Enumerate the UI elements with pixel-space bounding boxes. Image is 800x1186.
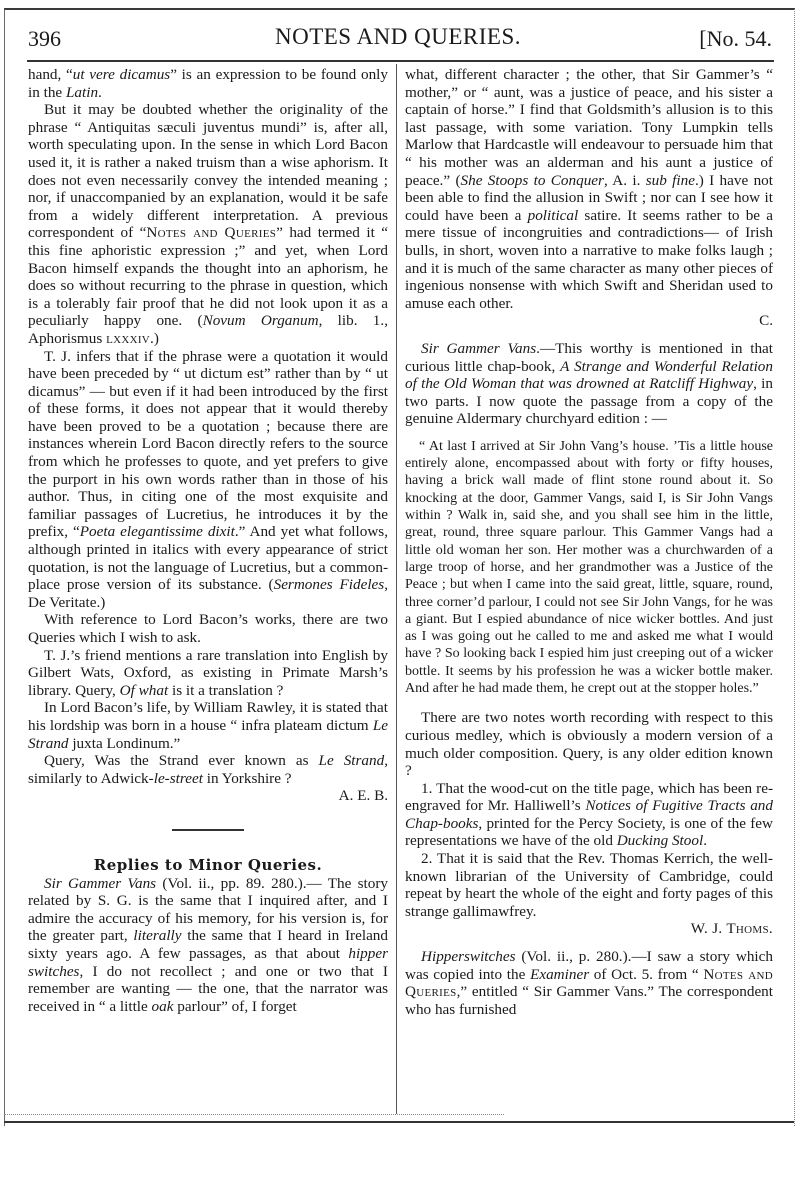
issue-number: [No. 54. <box>699 26 772 52</box>
spacer <box>405 697 773 709</box>
left-column: hand, “ut vere dicamus” is an expression… <box>28 66 388 1015</box>
section-heading: Replies to Minor Queries. <box>28 857 388 875</box>
paragraph: hand, “ut vere dicamus” is an expression… <box>28 66 388 101</box>
frame-bottom-rule <box>4 1121 794 1123</box>
paragraph: In Lord Bacon’s life, by William Rawley,… <box>28 699 388 752</box>
frame-bottom-rule-dotted <box>4 1114 504 1115</box>
paragraph: 2. That it is said that the Rev. Thomas … <box>405 850 773 920</box>
page-title: NOTES AND QUERIES. <box>24 24 772 50</box>
paragraph: T. J.’s friend mentions a rare translati… <box>28 647 388 700</box>
signature: C. <box>405 312 773 330</box>
section-divider <box>172 829 244 831</box>
spacer <box>405 938 773 948</box>
paragraph: But it may be doubted whether the origin… <box>28 101 388 347</box>
paragraph: Sir Gammer Vans.—This worthy is mentione… <box>405 340 773 428</box>
header-rule <box>27 60 774 62</box>
spacer <box>405 428 773 438</box>
paragraph: Sir Gammer Vans (Vol. ii., pp. 89. 280.)… <box>28 875 388 1016</box>
signature: A. E. B. <box>28 787 388 805</box>
right-column: what, different character ; the other, t… <box>405 66 773 1018</box>
column-divider <box>396 64 397 1114</box>
running-header: 396 NOTES AND QUERIES. [No. 54. <box>24 20 772 56</box>
paragraph: what, different character ; the other, t… <box>405 66 773 312</box>
paragraph: Hipperswitches (Vol. ii., p. 280.).—I sa… <box>405 948 773 1018</box>
paragraph: Query, Was the Strand ever known as Le S… <box>28 752 388 787</box>
paragraph: There are two notes worth recording with… <box>405 709 773 779</box>
paragraph: With reference to Lord Bacon’s works, th… <box>28 611 388 646</box>
signature: W. J. Thoms. <box>405 920 773 938</box>
quote-text: “ At last I arrived at Sir John Vang’s h… <box>405 438 773 697</box>
block-quote: “ At last I arrived at Sir John Vang’s h… <box>405 438 773 697</box>
spacer <box>405 330 773 340</box>
paragraph: 1. That the wood-cut on the title page, … <box>405 780 773 850</box>
paragraph: T. J. infers that if the phrase were a q… <box>28 348 388 612</box>
